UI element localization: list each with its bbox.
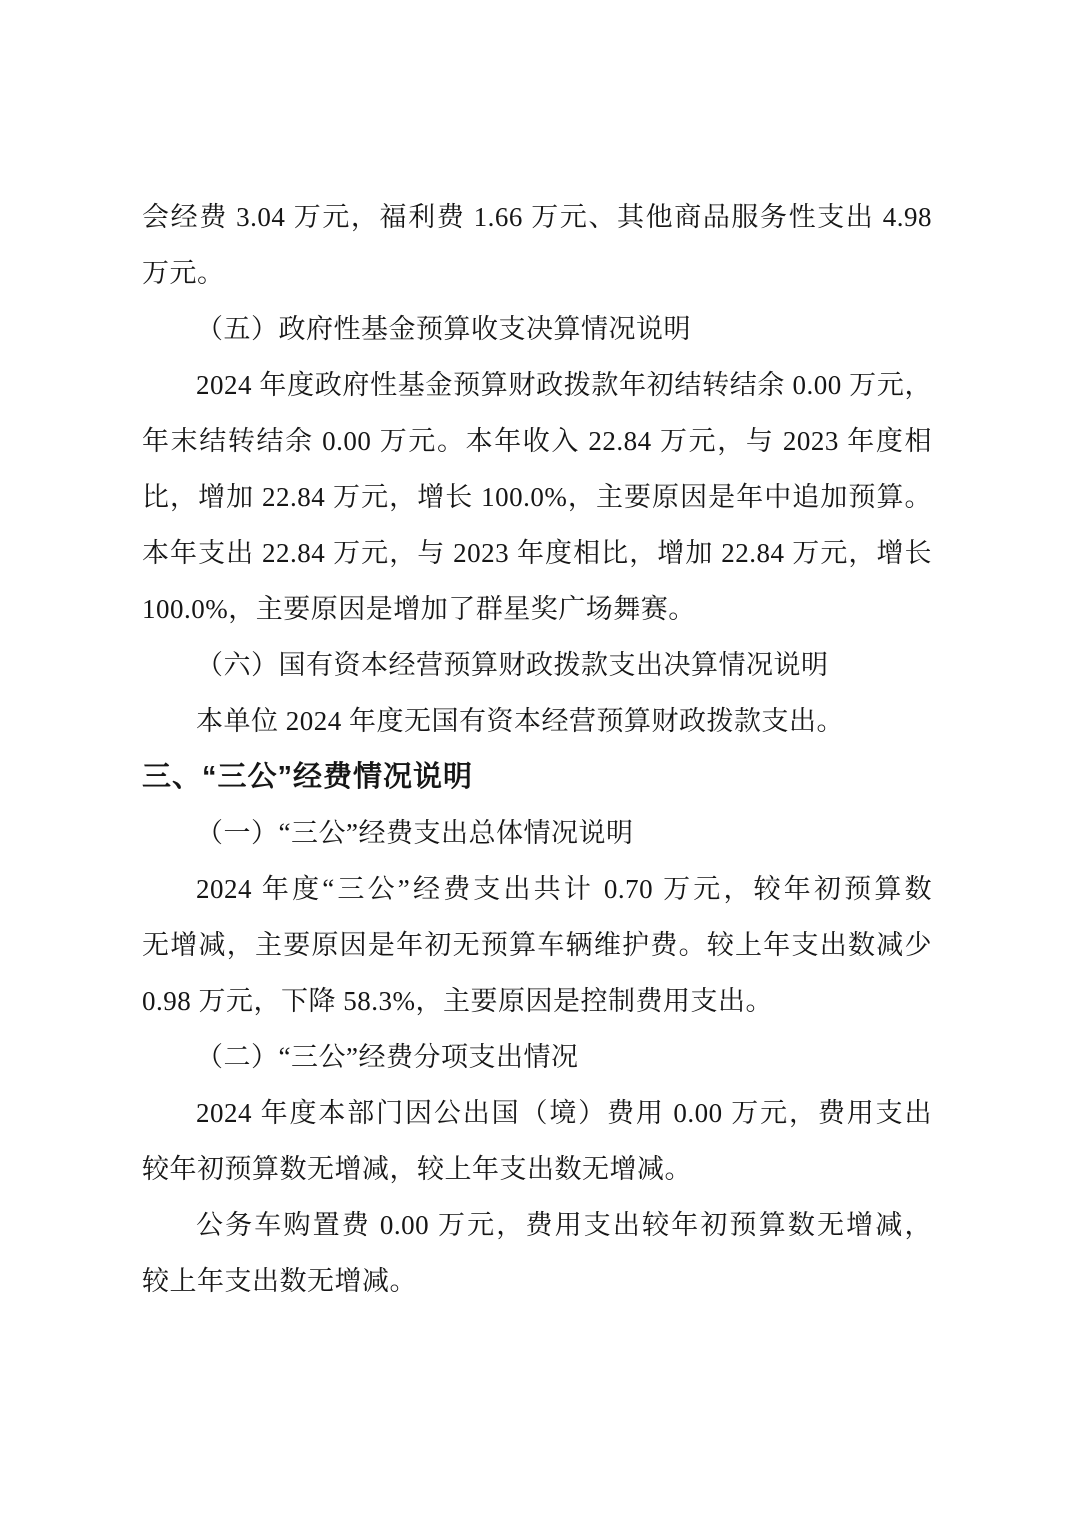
body-line: 年末结转结余 0.00 万元。本年收入 22.84 万元，与 2023 年度相	[142, 413, 932, 469]
body-line: 2024 年度“三公”经费支出共计 0.70 万元，较年初预算数	[142, 861, 932, 917]
body-line: 100.0%，主要原因是增加了群星奖广场舞赛。	[142, 581, 932, 637]
body-line: 本单位 2024 年度无国有资本经营预算财政拨款支出。	[142, 693, 932, 749]
body-line: 会经费 3.04 万元，福利费 1.66 万元、其他商品服务性支出 4.98	[142, 189, 932, 245]
body-line: 比，增加 22.84 万元，增长 100.0%，主要原因是年中追加预算。	[142, 469, 932, 525]
heading-three-sangong: 三、“三公”经费情况说明	[142, 749, 932, 805]
body-line: 公务车购置费 0.00 万元，费用支出较年初预算数无增减，	[142, 1197, 932, 1253]
body-line: 无增减，主要原因是年初无预算车辆维护费。较上年支出数减少	[142, 917, 932, 973]
body-line: 较上年支出数无增减。	[142, 1253, 932, 1309]
subheading-section-5: （五）政府性基金预算收支决算情况说明	[142, 301, 932, 357]
body-line: 2024 年度本部门因公出国（境）费用 0.00 万元，费用支出	[142, 1085, 932, 1141]
subheading-section-2: （二）“三公”经费分项支出情况	[142, 1029, 932, 1085]
body-line: 万元。	[142, 245, 932, 301]
body-line: 较年初预算数无增减，较上年支出数无增减。	[142, 1141, 932, 1197]
document-page: 会经费 3.04 万元，福利费 1.66 万元、其他商品服务性支出 4.98 万…	[0, 0, 1074, 1520]
subheading-section-6: （六）国有资本经营预算财政拨款支出决算情况说明	[142, 637, 932, 693]
body-line: 0.98 万元，下降 58.3%，主要原因是控制费用支出。	[142, 973, 932, 1029]
document-text-block: 会经费 3.04 万元，福利费 1.66 万元、其他商品服务性支出 4.98 万…	[142, 189, 932, 1309]
body-line: 本年支出 22.84 万元，与 2023 年度相比，增加 22.84 万元，增长	[142, 525, 932, 581]
body-line: 2024 年度政府性基金预算财政拨款年初结转结余 0.00 万元，	[142, 357, 932, 413]
subheading-section-1: （一）“三公”经费支出总体情况说明	[142, 805, 932, 861]
